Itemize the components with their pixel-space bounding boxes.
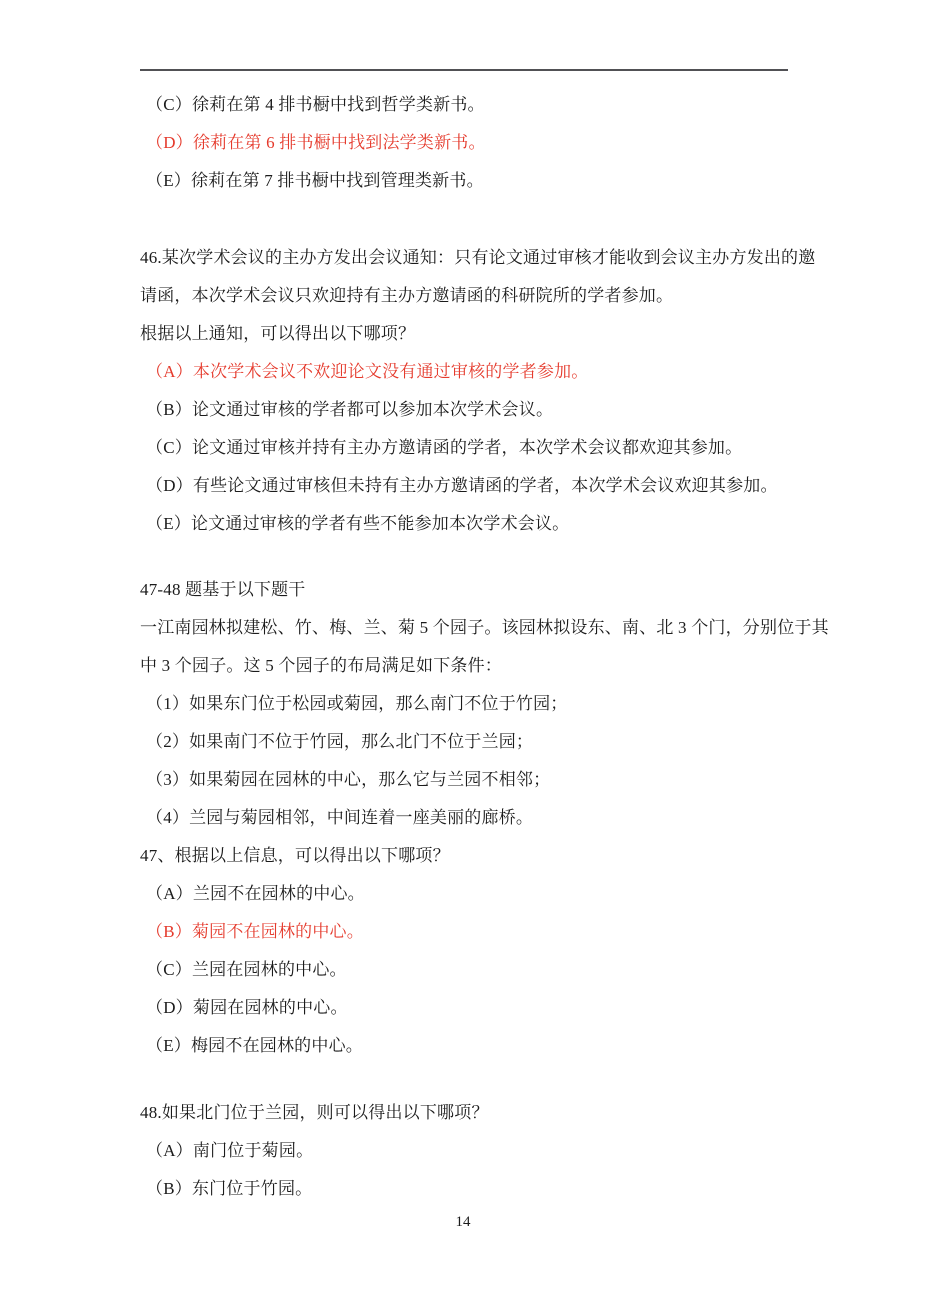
question-46-stem-line-2: 请函，本次学术会议只欢迎持有主办方邀请函的科研院所的学者参加。 <box>140 277 800 315</box>
question-46-stem-line-1: 46.某次学术会议的主办方发出会议通知：只有论文通过审核才能收到会议主办方发出的… <box>140 239 800 277</box>
section-questions-47-48: 47-48 题基于以下题干一江南园林拟建松、竹、梅、兰、菊 5 个园子。该园林拟… <box>140 571 800 1065</box>
group-47-48-condition-3: （3）如果菊园在园林的中心，那么它与兰园不相邻； <box>140 761 800 799</box>
group-47-48-condition-4: （4）兰园与菊园相邻，中间连着一座美丽的廊桥。 <box>140 799 800 837</box>
prev-question-option-d: （D）徐莉在第 6 排书橱中找到法学类新书。 <box>140 124 800 162</box>
section-question-46: 46.某次学术会议的主办方发出会议通知：只有论文通过审核才能收到会议主办方发出的… <box>140 239 800 543</box>
group-47-48-header: 47-48 题基于以下题干 <box>140 571 800 609</box>
prev-question-option-e: （E）徐莉在第 7 排书橱中找到管理类新书。 <box>140 162 800 200</box>
page-content: （C）徐莉在第 4 排书橱中找到哲学类新书。（D）徐莉在第 6 排书橱中找到法学… <box>140 71 800 1208</box>
question-48-option-b: （B）东门位于竹园。 <box>140 1170 800 1208</box>
page-footer: 14 <box>0 1206 926 1238</box>
question-47-option-a: （A）兰园不在园林的中心。 <box>140 875 800 913</box>
question-46-option-b: （B）论文通过审核的学者都可以参加本次学术会议。 <box>140 391 800 429</box>
question-48-lead: 48.如果北门位于兰园，则可以得出以下哪项？ <box>140 1094 800 1132</box>
question-47-option-d: （D）菊园在园林的中心。 <box>140 989 800 1027</box>
group-47-48-stem-line-1: 一江南园林拟建松、竹、梅、兰、菊 5 个园子。该园林拟设东、南、北 3 个门，分… <box>140 609 800 647</box>
group-47-48-condition-1: （1）如果东门位于松园或菊园，那么南门不位于竹园； <box>140 685 800 723</box>
section-question-48: 48.如果北门位于兰园，则可以得出以下哪项？（A）南门位于菊园。（B）东门位于竹… <box>140 1094 800 1208</box>
question-48-option-a: （A）南门位于菊园。 <box>140 1132 800 1170</box>
question-47-option-c: （C）兰园在园林的中心。 <box>140 951 800 989</box>
group-47-48-stem-line-2: 中 3 个园子。这 5 个园子的布局满足如下条件： <box>140 647 800 685</box>
group-47-48-condition-2: （2）如果南门不位于竹园，那么北门不位于兰园； <box>140 723 800 761</box>
question-46-option-e: （E）论文通过审核的学者有些不能参加本次学术会议。 <box>140 505 800 543</box>
question-46-option-c: （C）论文通过审核并持有主办方邀请函的学者，本次学术会议都欢迎其参加。 <box>140 429 800 467</box>
question-46-lead: 根据以上通知，可以得出以下哪项？ <box>140 315 800 353</box>
question-47-option-b: （B）菊园不在园林的中心。 <box>140 913 800 951</box>
page-number: 14 <box>456 1214 471 1230</box>
question-46-option-d: （D）有些论文通过审核但未持有主办方邀请函的学者，本次学术会议欢迎其参加。 <box>140 467 800 505</box>
prev-question-option-c: （C）徐莉在第 4 排书橱中找到哲学类新书。 <box>140 86 800 124</box>
section-previous-question-options: （C）徐莉在第 4 排书橱中找到哲学类新书。（D）徐莉在第 6 排书橱中找到法学… <box>140 86 800 200</box>
document-page: （C）徐莉在第 4 排书橱中找到哲学类新书。（D）徐莉在第 6 排书橱中找到法学… <box>0 0 926 1309</box>
question-47-lead: 47、根据以上信息，可以得出以下哪项？ <box>140 837 800 875</box>
question-46-option-a: （A）本次学术会议不欢迎论文没有通过审核的学者参加。 <box>140 353 800 391</box>
question-47-option-e: （E）梅园不在园林的中心。 <box>140 1027 800 1065</box>
